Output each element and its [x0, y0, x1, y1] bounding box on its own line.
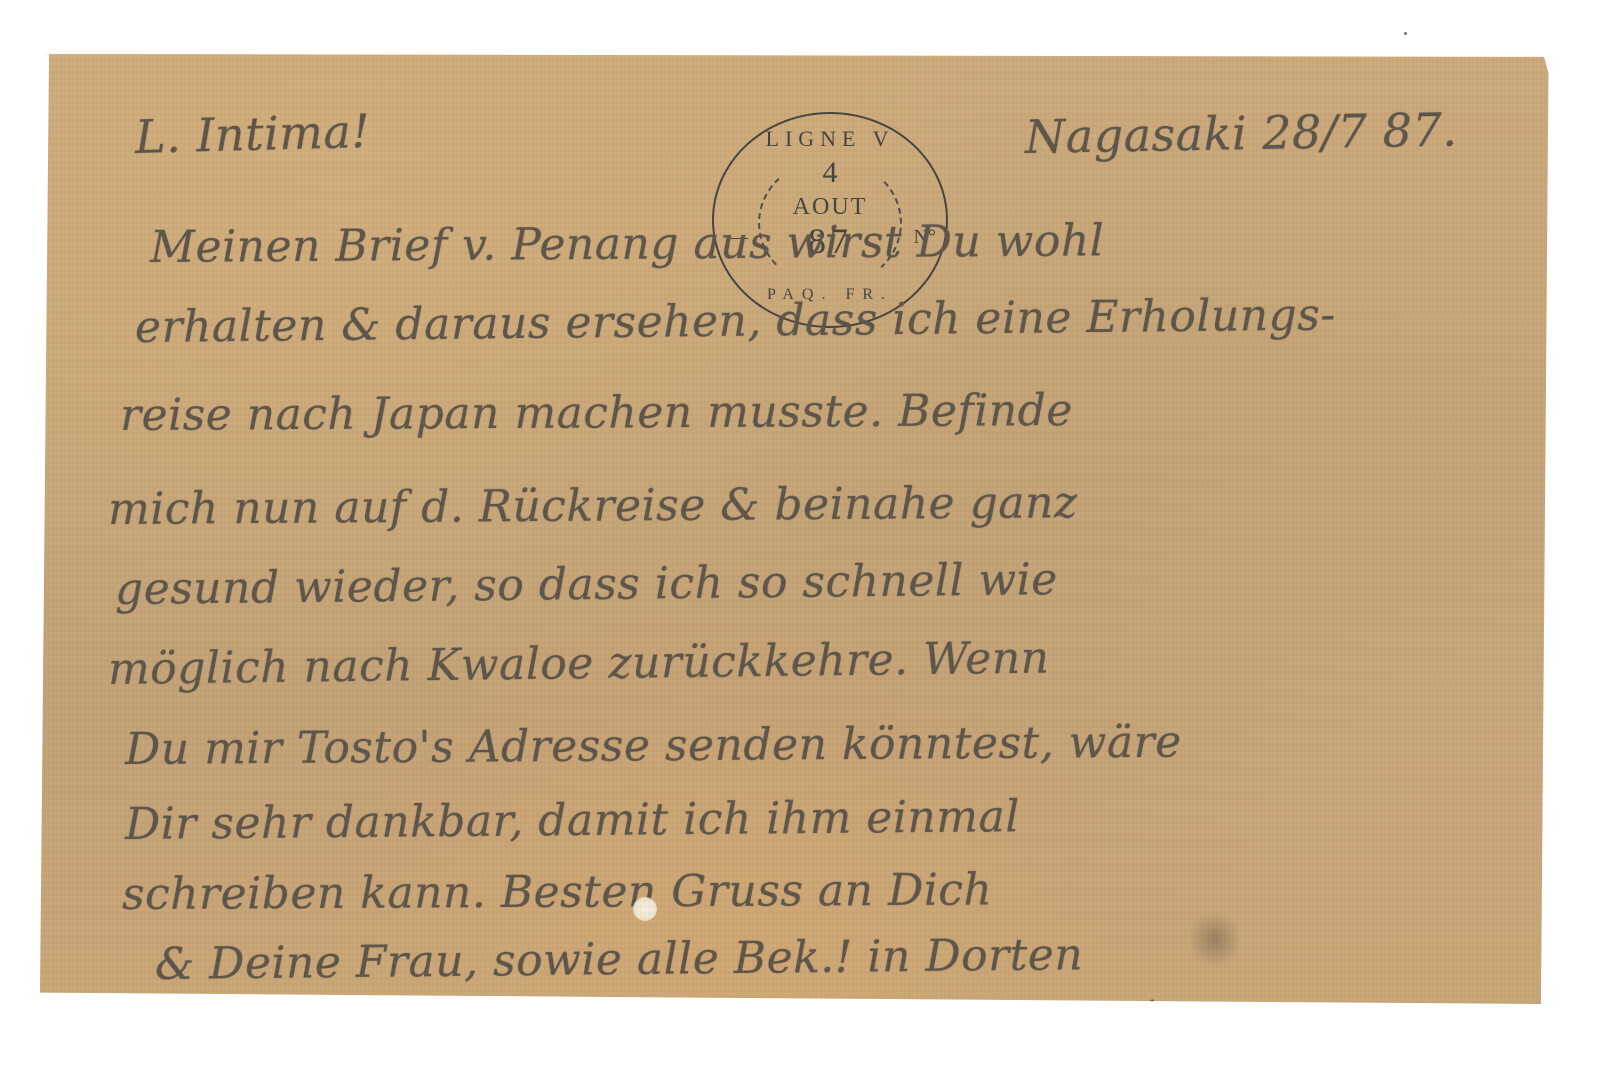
body-line-3: reise nach Japan machen musste. Befinde: [120, 385, 1073, 441]
body-line-5: gesund wieder, so dass ich so schnell wi…: [115, 554, 1058, 615]
body-line-10: & Deine Frau, sowie alle Bek.! in Dorten: [155, 929, 1084, 990]
body-line-6: möglich nach Kwaloe zurückkehre. Wenn: [108, 632, 1050, 694]
body-line-1: Meinen Brief v. Penang aus wirst Du wohl: [150, 215, 1105, 273]
body-line-8: Dir sehr dankbar, damit ich ihm einmal: [125, 791, 1020, 850]
postcard: L. Intima! Nagasaki 28/7 87. LIGNE V 4 A…: [40, 54, 1550, 1004]
ink-smudge: [1190, 909, 1240, 969]
paper-spot: [633, 897, 657, 921]
speck: [1404, 32, 1407, 35]
body-line-4: mich nun auf d. Rückreise & beinahe ganz: [108, 477, 1078, 535]
body-line-2: erhalten & daraus ersehen, dass ich eine…: [135, 289, 1336, 353]
salutation: L. Intima!: [134, 104, 371, 164]
body-line-9: schreiben kann. Besten Gruss an Dich: [122, 864, 993, 920]
signature: Seppi: [1039, 993, 1159, 1050]
postmark-line: LIGNE V: [714, 126, 946, 152]
place-date: Nagasaki 28/7 87.: [1025, 102, 1458, 164]
postmark-day: 4: [714, 156, 946, 190]
scan-canvas: L. Intima! Nagasaki 28/7 87. LIGNE V 4 A…: [0, 0, 1600, 1077]
body-line-7: Du mir Tosto's Adresse senden könntest, …: [125, 717, 1182, 775]
